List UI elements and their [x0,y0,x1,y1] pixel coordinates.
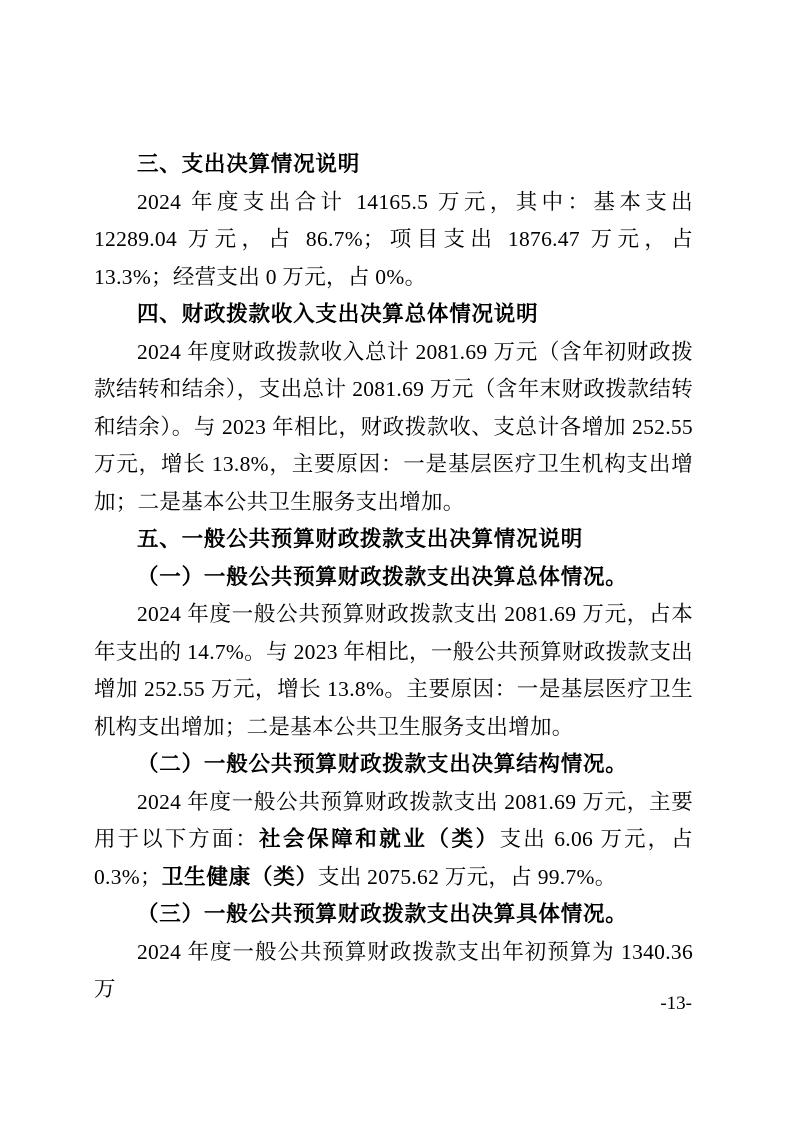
section-subheading: （二）一般公共预算财政拨款支出决算结构情况。 [94,746,693,784]
document-page: 三、支出决算情况说明2024 年度支出合计 14165.5 万元，其中：基本支出… [0,0,793,1122]
section-heading: 四、财政拨款收入支出决算总体情况说明 [94,296,693,334]
paragraph: 2024 年度一般公共预算财政拨款支出 2081.69 万元，主要用于以下方面：… [94,784,693,897]
bold-text-run: 社会保障和就业（类） [259,827,500,851]
paragraph: 2024 年度一般公共预算财政拨款支出 2081.69 万元，占本年支出的 14… [94,596,693,746]
bold-text-run: 卫生健康（类） [162,865,318,889]
bold-text-run: 四、财政拨款收入支出决算总体情况说明 [137,302,538,326]
paragraph: 2024 年度支出合计 14165.5 万元，其中：基本支出 12289.04 … [94,184,693,297]
text-run: 支出 2075.62 万元，占 99.7%。 [318,865,617,889]
section-subheading: （一）一般公共预算财政拨款支出决算总体情况。 [94,559,693,597]
text-run: 2024 年度支出合计 14165.5 万元，其中：基本支出 12289.04 … [94,190,693,289]
bold-text-run: 三、支出决算情况说明 [137,152,360,176]
bold-text-run: （一）一般公共预算财政拨款支出决算总体情况。 [137,565,628,589]
text-run: 2024 年度财政拨款收入总计 2081.69 万元（含年初财政拨款结转和结余）… [94,340,693,514]
text-run: 2024 年度一般公共预算财政拨款支出年初预算为 1340.36 万 [94,940,693,1002]
bold-text-run: （二）一般公共预算财政拨款支出决算结构情况。 [137,752,628,776]
section-heading: 五、一般公共预算财政拨款支出决算情况说明 [94,521,693,559]
paragraph: 2024 年度财政拨款收入总计 2081.69 万元（含年初财政拨款结转和结余）… [94,334,693,522]
bold-text-run: （三）一般公共预算财政拨款支出决算具体情况。 [137,902,628,926]
text-run: 2024 年度一般公共预算财政拨款支出 2081.69 万元，占本年支出的 14… [94,602,693,739]
section-subheading: （三）一般公共预算财政拨款支出决算具体情况。 [94,896,693,934]
document-body: 三、支出决算情况说明2024 年度支出合计 14165.5 万元，其中：基本支出… [94,146,693,1009]
paragraph: 2024 年度一般公共预算财政拨款支出年初预算为 1340.36 万 [94,934,693,1009]
section-heading: 三、支出决算情况说明 [94,146,693,184]
page-number: -13- [660,993,692,1015]
bold-text-run: 五、一般公共预算财政拨款支出决算情况说明 [137,527,583,551]
